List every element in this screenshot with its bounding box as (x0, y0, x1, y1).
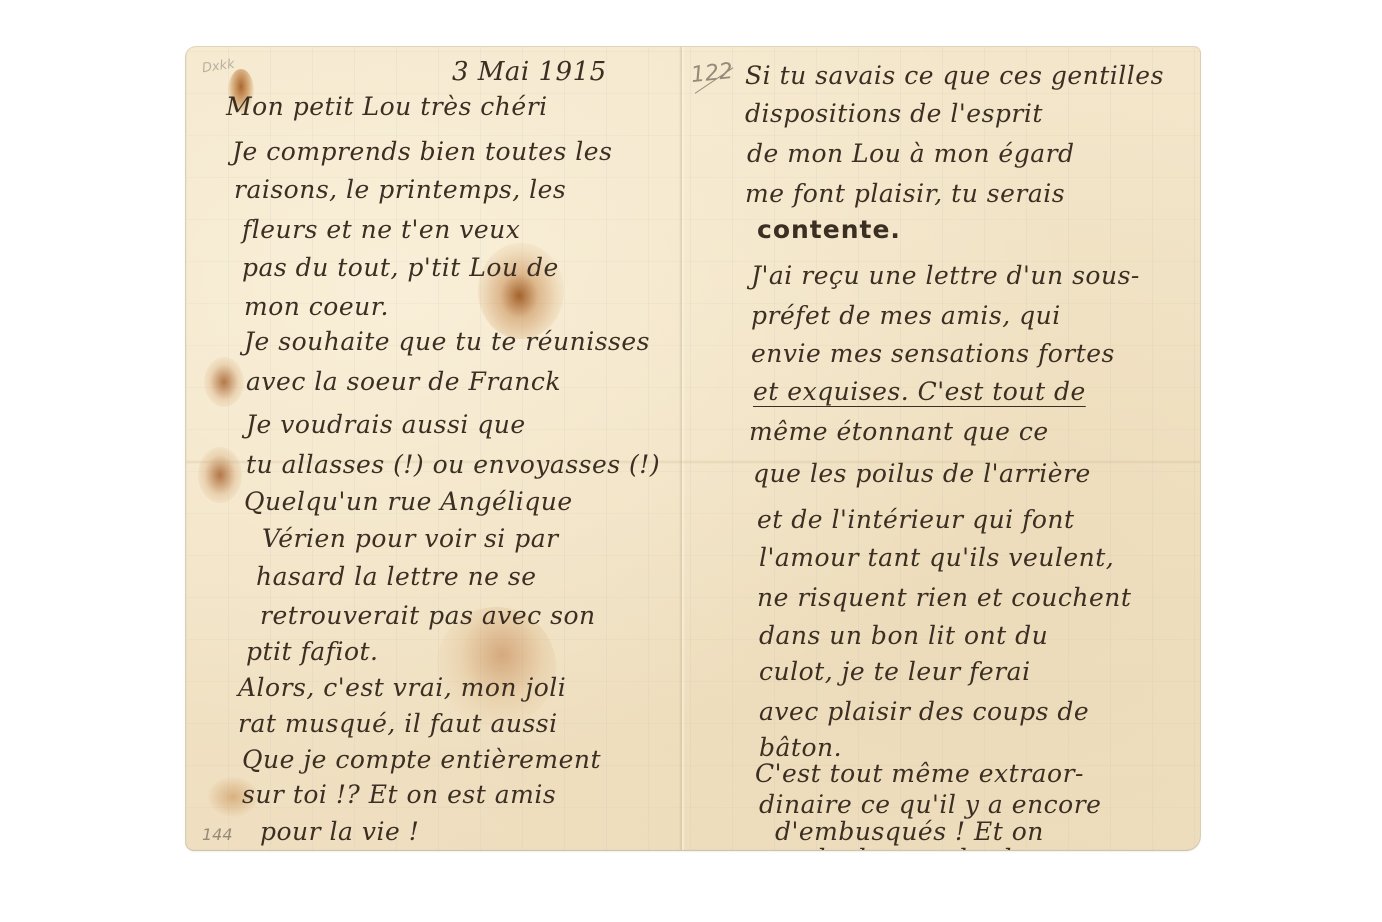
text-line: hasard la lettre ne se (256, 562, 537, 592)
text-line: Mon petit Lou très chéri (226, 92, 548, 122)
text-line: J'ai reçu une lettre d'un sous- (751, 261, 1140, 291)
text-line: dans un bon lit ont du (759, 621, 1048, 651)
text-line: ptit fafiot. (246, 637, 379, 667)
text-line: pour la vie ! (260, 817, 419, 847)
text-line: culot, je te leur ferai (759, 657, 1031, 687)
text-line: même étonnant que ce (749, 417, 1049, 447)
text-line: que les poilus de l'arrière (753, 459, 1091, 489)
text-line: Alors, c'est vrai, mon joli (238, 673, 566, 703)
text-line: Quelqu'un rue Angélique (244, 487, 573, 517)
text-line: Vérien pour voir si par (262, 524, 559, 554)
text-line: me font plaisir, tu serais (745, 179, 1065, 209)
text-line: dispositions de l'esprit (745, 99, 1043, 129)
text-line: pas du tout, p'tit Lou de (242, 253, 559, 283)
text-line: Je souhaite que tu te réunisses (244, 327, 650, 357)
text-line: préfet de mes amis, qui (751, 301, 1061, 331)
text-line: d'embusqués ! Et on (775, 817, 1044, 847)
text-line: avec plaisir des coups de (759, 697, 1089, 727)
left-page: Dxkk 3 Mai 1915 Mon petit Lou très chéri… (186, 47, 679, 850)
text-line: Je voudrais aussi que (246, 410, 526, 440)
text-line: Si tu savais ce que ces gentilles (745, 61, 1164, 91)
text-line: parle de prendre les (773, 844, 1041, 850)
text-line: de mon Lou à mon égard (747, 139, 1075, 169)
text-line: raisons, le printemps, les (234, 175, 566, 205)
letter-date: 3 Mai 1915 (452, 57, 607, 87)
text-line: ne risquent rien et couchent (757, 583, 1131, 613)
text-line: C'est tout même extraor- (755, 759, 1084, 789)
letter-sheet: Dxkk 3 Mai 1915 Mon petit Lou très chéri… (186, 47, 1200, 850)
text-line: tu allasses (!) ou envoyasses (!) (246, 450, 660, 480)
text-line: et de l'intérieur qui font (757, 505, 1075, 535)
text-line: dinaire ce qu'il y a encore (759, 790, 1101, 820)
text-line: sur toi !? Et on est amis (242, 780, 556, 810)
right-page: 122 Si tu savais ce que ces gentilles di… (685, 47, 1200, 850)
folio-number-left: 144 (202, 825, 233, 844)
text-line: rat musqué, il faut aussi (238, 709, 558, 739)
text-line: Que je compte entièrement (242, 745, 601, 775)
text-line: avec la soeur de Franck (246, 367, 561, 397)
folio-number-right: 122 (690, 59, 734, 88)
text-line: contente. (757, 215, 901, 245)
text-line: Je comprends bien toutes les (232, 137, 612, 167)
archive-mark: Dxkk (201, 57, 236, 76)
text-line: retrouverait pas avec son (260, 601, 596, 631)
photo-stage: Dxkk 3 Mai 1915 Mon petit Lou très chéri… (0, 0, 1382, 922)
text-line: mon coeur. (244, 292, 389, 322)
text-line: et exquises. C'est tout de (753, 377, 1086, 407)
text-line: l'amour tant qu'ils veulent, (759, 543, 1114, 573)
text-line: envie mes sensations fortes (751, 339, 1115, 369)
text-line: fleurs et ne t'en veux (242, 215, 520, 245)
